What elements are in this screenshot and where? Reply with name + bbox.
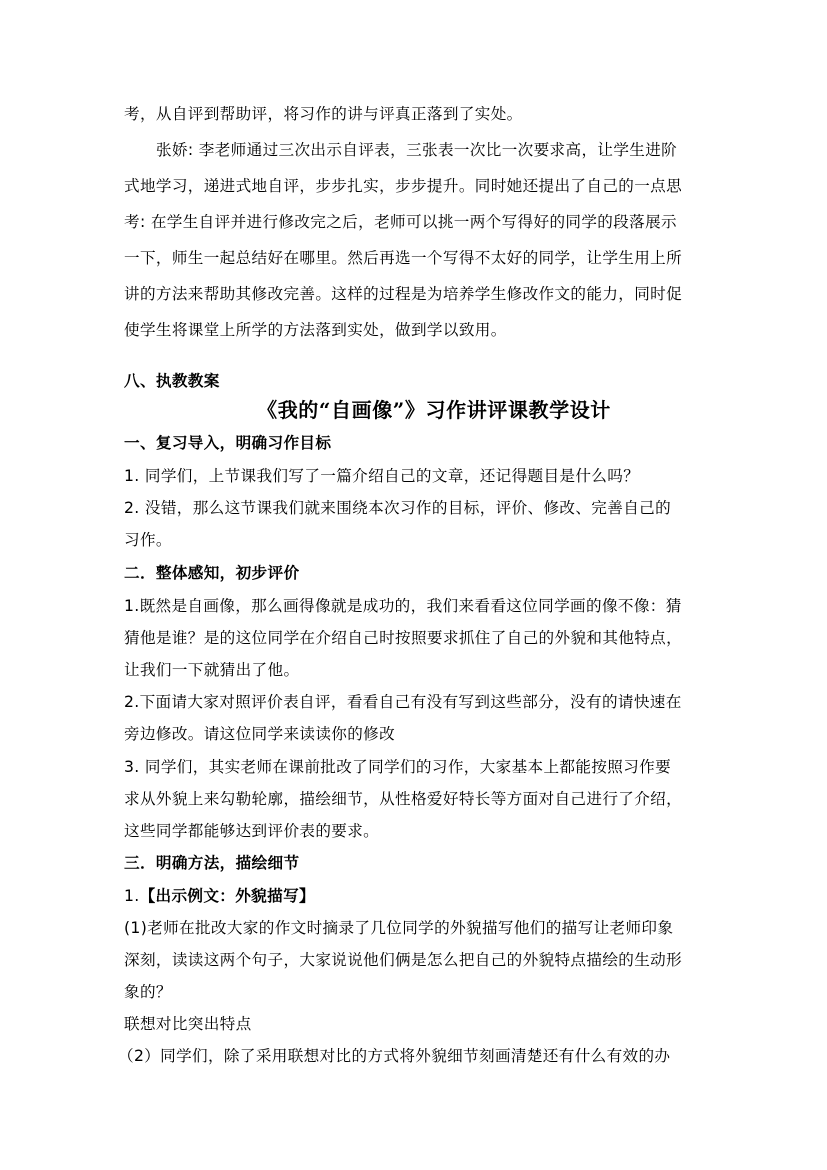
part1-heading: 一、复习导入，明确习作目标 [124, 433, 331, 453]
lesson-title: 《我的“自画像”》习作讲评课教学设计 [124, 400, 724, 420]
paragraph-line: 深刻，读读这两个句子，大家说说他们俩是怎么把自己的外貌特点描绘的生动形 [124, 950, 682, 970]
paragraph-line: （2）同学们，除了采用联想对比的方式将外貌细节刻画清楚还有什么有效的办 [118, 1046, 670, 1066]
paragraph-line: 考，从自评到帮助评，将习作的讲与评真正落到了实处。 [124, 104, 523, 124]
paragraph-line: (1)老师在批改大家的作文时摘录了几位同学的外貌描写他们的描写让老师印象 [124, 918, 673, 938]
paragraph-line: 让我们一下就猜出了他。 [124, 660, 299, 680]
paragraph-line: 讲的方法来帮助其修改完善。这样的过程是为培养学生修改作文的能力，同时促 [124, 284, 682, 304]
paragraph-line: 猜他是谁？是的这位同学在介绍自己时按照要求抓住了自己的外貌和其他特点， [124, 628, 682, 648]
part3-subheading: 1.【出示例文：外貌描写】 [124, 886, 315, 906]
paragraph-line: 使学生将课堂上所学的方法落到实处，做到学以致用。 [124, 320, 507, 340]
paragraph-line: 2. 没错，那么这节课我们就来围绕本次习作的目标，评价、修改、完善自己的 [124, 498, 671, 518]
section-heading: 八、执教教案 [124, 371, 220, 391]
part3-heading: 三．明确方法，描绘细节 [124, 853, 299, 873]
paragraph-line: 1. 同学们，上节课我们写了一篇介绍自己的文章，还记得题目是什么吗？ [124, 466, 639, 486]
paragraph-line: 象的？ [124, 982, 172, 1002]
paragraph-line: 求从外貌上来勾勒轮廓，描绘细节，从性格爱好特长等方面对自己进行了介绍， [124, 789, 682, 809]
paragraph-line: 3. 同学们，其实老师在课前批改了同学们的习作，大家基本上都能按照习作要 [124, 757, 671, 777]
paragraph-line: 这些同学都能够达到评价表的要求。 [124, 821, 379, 841]
subheading-number: 1. [124, 887, 140, 905]
paragraph-line: 联想对比突出特点 [124, 1014, 252, 1034]
paragraph-line: 式地学习，递进式地自评，步步扎实，步步提升。同时她还提出了自己的一点思 [124, 176, 682, 196]
part2-heading: 二．整体感知，初步评价 [124, 563, 299, 583]
paragraph-line: 2.下面请大家对照评价表自评，看看自己有没有写到这些部分，没有的请快速在 [124, 692, 682, 712]
paragraph-line: 考: 在学生自评并进行修改完之后，老师可以挑一两个写得好的同学的段落展示 [124, 212, 677, 232]
paragraph-line: 1.既然是自画像，那么画得像就是成功的，我们来看看这位同学画的像不像：猜 [124, 596, 682, 616]
paragraph-line: 张娇: 李老师通过三次出示自评表，三张表一次比一次要求高，让学生进阶 [156, 140, 677, 160]
paragraph-line: 习作。 [124, 530, 172, 550]
paragraph-line: 一下，师生一起总结好在哪里。然后再选一个写得不太好的同学，让学生用上所 [124, 248, 682, 268]
paragraph-line: 旁边修改。请这位同学来读读你的修改 [124, 724, 395, 744]
subheading-text: 【出示例文：外貌描写】 [140, 887, 315, 905]
